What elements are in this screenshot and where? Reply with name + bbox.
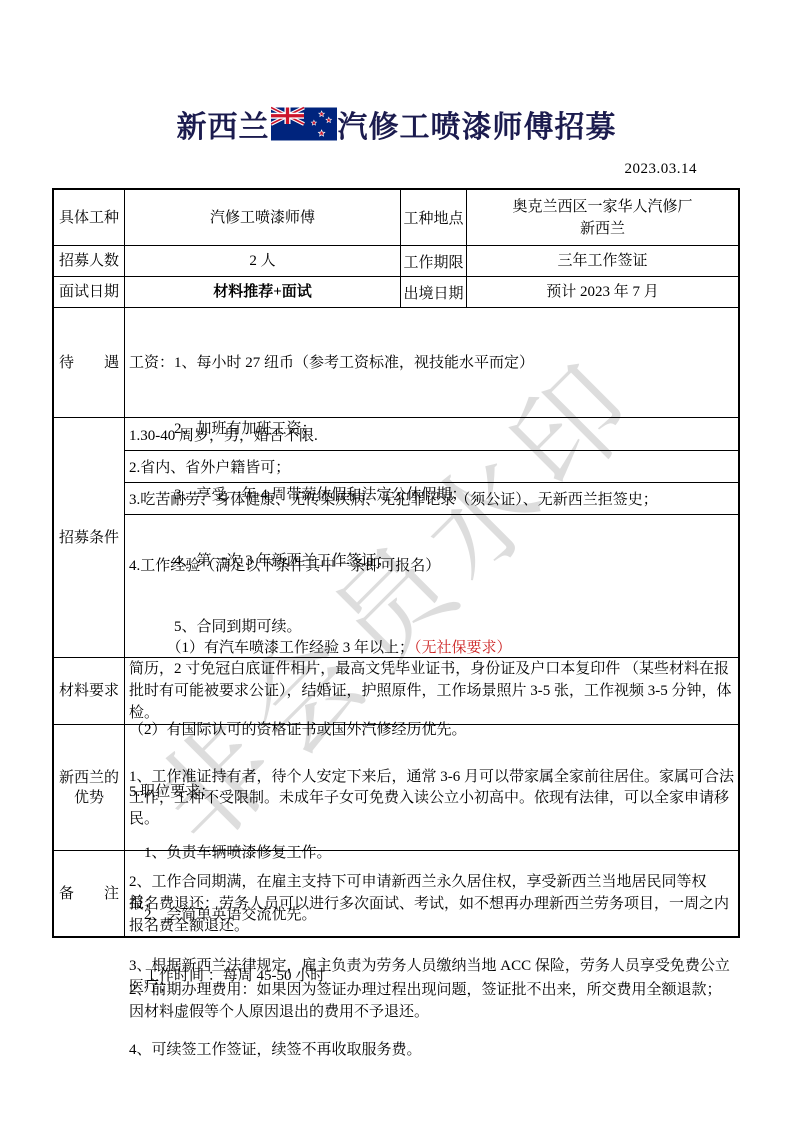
page-title: 新西兰 汽修工喷漆师傅招募 [0,102,793,146]
advantages-content: 1、工作准证持有者，待个人安定下来后，通常 3-6 月可以带家属全家前往居住。家… [124,725,738,850]
headcount-label: 招募人数 [54,246,124,276]
departure-date-label: 出境日期 [400,277,466,307]
note-item: 报名费退还：劳务人员可以进行多次面试、考试，如不想再办理新西兰劳务项目，一周之内… [129,894,734,937]
row-job-type: 具体工种 汽修工喷漆师傅 工种地点 奥克兰西区一家华人汽修厂 新西兰 [54,190,738,245]
row-notes: 备 注 报名费退还：劳务人员可以进行多次面试、考试，如不想再办理新西兰劳务项目，… [54,850,738,936]
headcount-value: 2 人 [124,246,400,276]
doc-date: 2023.03.14 [625,161,698,178]
treatment-line: 工资：1、每小时 27 纽币（参考工资标准，视技能水平而定） [129,352,734,374]
departure-date-value: 预计 2023 年 7 月 [466,277,738,307]
row-advantages: 新西兰的优势 1、工作准证持有者，待个人安定下来后，通常 3-6 月可以带家属全… [54,724,738,850]
interview-date-value: 材料推荐+面试 [124,277,400,307]
interview-date-label: 面试日期 [54,277,124,307]
notes-label: 备 注 [54,851,124,936]
conditions-content: 1.30-40 周岁，男，婚否不限. 2.省内、省外户籍皆可； 3.吃苦耐劳、身… [124,418,738,657]
row-interview-date: 面试日期 材料推荐+面试 出境日期 预计 2023 年 7 月 [54,276,738,307]
condition-line-text: （1）有汽车喷漆工作经验 3 年以上； [167,640,415,656]
condition-item: 2.省内、省外户籍皆可； [125,450,738,482]
row-materials: 材料要求 简历，2 寸免冠白底证件相片，最高文凭毕业证书，身份证及户口本复印件 … [54,657,738,724]
job-location-label: 工种地点 [400,190,466,245]
treatment-content: 工资：1、每小时 27 纽币（参考工资标准，视技能水平而定） 2、加班有加班工资… [124,308,738,417]
advantages-label: 新西兰的优势 [54,725,124,850]
condition-item: 3.吃苦耐劳、身体健康、无传染疾病、无犯罪记录（须公证）、无新西兰拒签史； [125,482,738,514]
row-treatment: 待 遇 工资：1、每小时 27 纽币（参考工资标准，视技能水平而定） 2、加班有… [54,307,738,417]
title-prefix: 新西兰 [177,102,270,146]
row-conditions: 招募条件 1.30-40 周岁，男，婚否不限. 2.省内、省外户籍皆可； 3.吃… [54,417,738,657]
advantage-item: 1、工作准证持有者，待个人安定下来后，通常 3-6 月可以带家属全家前往居住。家… [129,767,734,830]
work-term-label: 工作期限 [400,246,466,276]
condition-item: 1.30-40 周岁，男，婚否不限. [125,418,738,450]
note-item: 2、前期办理费用：如果因为签证办理过程出现问题，签证批不出来，所交费用全额退款；… [129,980,734,1023]
materials-label: 材料要求 [54,658,124,724]
no-social-insurance-note: （无社保要求） [414,640,512,656]
work-term-value: 三年工作签证 [466,246,738,276]
treatment-label: 待 遇 [54,308,124,417]
job-type-label: 具体工种 [54,190,124,245]
recruitment-table: 具体工种 汽修工喷漆师傅 工种地点 奥克兰西区一家华人汽修厂 新西兰 招募人数 … [52,188,740,938]
materials-content: 简历，2 寸免冠白底证件相片，最高文凭毕业证书，身份证及户口本复印件 （某些材料… [124,658,738,724]
title-suffix: 汽修工喷漆师傅招募 [338,102,617,146]
conditions-label: 招募条件 [54,418,124,657]
row-headcount: 招募人数 2 人 工作期限 三年工作签证 [54,245,738,276]
job-location-value: 奥克兰西区一家华人汽修厂 新西兰 [466,190,738,245]
condition-line: 4.工作经验（满足以下条件其中一条即可报名） [129,556,734,577]
nz-flag-icon [271,104,337,144]
job-type-value: 汽修工喷漆师傅 [124,190,400,245]
notes-content: 报名费退还：劳务人员可以进行多次面试、考试，如不想再办理新西兰劳务项目，一周之内… [124,851,738,936]
